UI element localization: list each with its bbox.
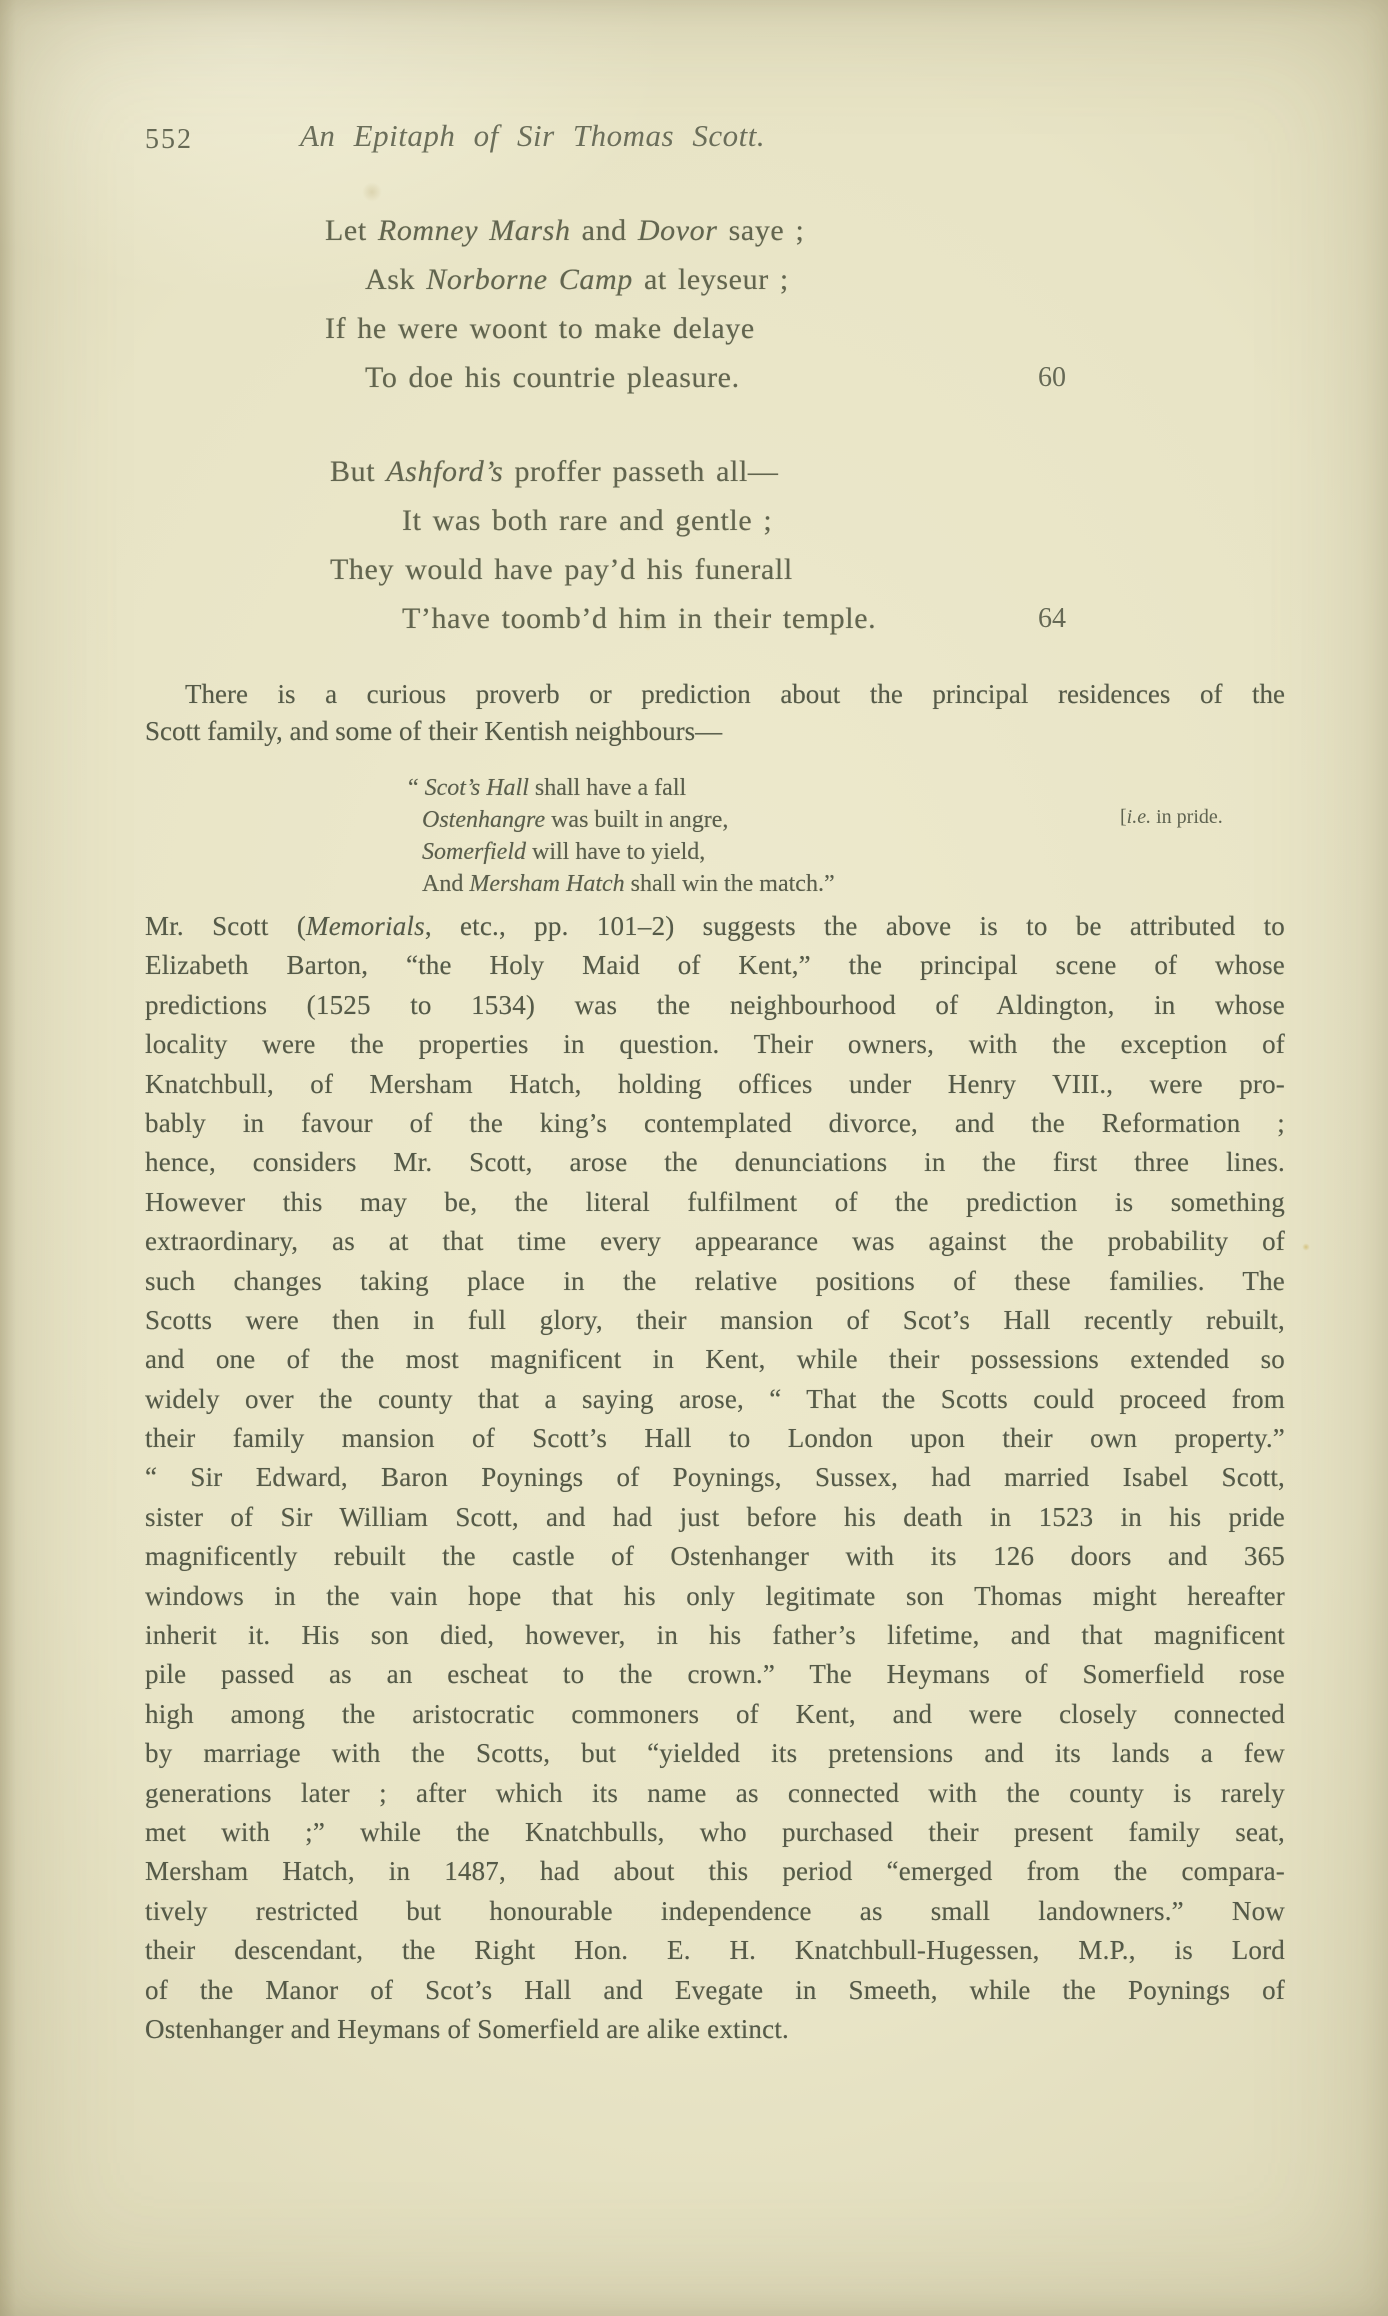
body-line: sister of Sir William Scott, and had jus… bbox=[145, 1498, 1285, 1537]
body-line: Mersham Hatch, in 1487, had about this p… bbox=[145, 1852, 1285, 1891]
body-line: Elizabeth Barton, “the Holy Maid of Kent… bbox=[145, 946, 1285, 985]
body-line: their family mansion of Scott’s Hall to … bbox=[145, 1419, 1285, 1458]
proverb-quote: “ Scot’s Hall shall have a fall Ostenhan… bbox=[408, 772, 1028, 900]
poem-stanza-2: But Ashford’s proffer passeth all— It wa… bbox=[330, 447, 1110, 643]
body-line: generations later ; after which its name… bbox=[145, 1774, 1285, 1813]
body-line: by marriage with the Scotts, but “yielde… bbox=[145, 1734, 1285, 1773]
proverb-line: And Mersham Hatch shall win the match.” bbox=[422, 868, 1028, 900]
body-line: widely over the county that a saying aro… bbox=[145, 1380, 1285, 1419]
body-line: windows in the vain hope that his only l… bbox=[145, 1577, 1285, 1616]
verse-line: To doe his countrie pleasure. bbox=[365, 353, 1105, 402]
proverb-line: “ Scot’s Hall shall have a fall bbox=[408, 772, 1028, 804]
verse-line-number: 60 bbox=[1038, 353, 1066, 402]
running-title: An Epitaph of Sir Thomas Scott. bbox=[300, 118, 765, 154]
body-line: inherit it. His son died, however, in hi… bbox=[145, 1616, 1285, 1655]
body-line: bably in favour of the king’s contemplat… bbox=[145, 1104, 1285, 1143]
body-line: Ostenhanger and Heymans of Somerfield ar… bbox=[145, 2010, 1285, 2049]
body-line: pile passed as an escheat to the crown.”… bbox=[145, 1655, 1285, 1694]
verse-line: Let Romney Marsh and Dovor saye ; bbox=[325, 206, 1105, 255]
book-page: 552 An Epitaph of Sir Thomas Scott. Let … bbox=[0, 0, 1388, 2316]
verse-line: But Ashford’s proffer passeth all— bbox=[330, 447, 1110, 496]
body-line: However this may be, the literal fulfilm… bbox=[145, 1183, 1285, 1222]
body-line: met with ;” while the Knatchbulls, who p… bbox=[145, 1813, 1285, 1852]
verse-line: T’have toomb’d him in their temple. bbox=[402, 594, 1110, 643]
proverb-line: Somerfield will have to yield, bbox=[422, 836, 1028, 868]
body-line: and one of the most magnificent in Kent,… bbox=[145, 1340, 1285, 1379]
marginal-gloss: [i.e. in pride. bbox=[1120, 806, 1223, 829]
proverb-line: Ostenhangre was built in angre, bbox=[422, 804, 1028, 836]
body-line: “ Sir Edward, Baron Poynings of Poynings… bbox=[145, 1458, 1285, 1497]
body-line: such changes taking place in the relativ… bbox=[145, 1262, 1285, 1301]
body-line: magnificently rebuilt the castle of Oste… bbox=[145, 1537, 1285, 1576]
body-line: Scotts were then in full glory, their ma… bbox=[145, 1301, 1285, 1340]
body-line: locality were the properties in question… bbox=[145, 1025, 1285, 1064]
verse-line: If he were woont to make delaye bbox=[325, 304, 1105, 353]
verse-line: They would have pay’d his funerall bbox=[330, 545, 1110, 594]
body-line: Knatchbull, of Mersham Hatch, holding of… bbox=[145, 1065, 1285, 1104]
intro-paragraph: There is a curious proverb or prediction… bbox=[145, 676, 1285, 750]
main-paragraph: Mr. Scott (Memorials, etc., pp. 101–2) s… bbox=[145, 907, 1285, 2049]
body-line: their descendant, the Right Hon. E. H. K… bbox=[145, 1931, 1285, 1970]
verse-line: Ask Norborne Camp at leyseur ; bbox=[365, 255, 1105, 304]
body-line: of the Manor of Scot’s Hall and Evegate … bbox=[145, 1971, 1285, 2010]
poem-stanza-1: Let Romney Marsh and Dovor saye ; Ask No… bbox=[325, 206, 1105, 402]
verse-line: It was both rare and gentle ; bbox=[402, 496, 1110, 545]
intro-line: Scott family, and some of their Kentish … bbox=[145, 713, 1285, 750]
body-line: hence, considers Mr. Scott, arose the de… bbox=[145, 1143, 1285, 1182]
intro-line: There is a curious proverb or prediction… bbox=[145, 676, 1285, 713]
verse-line-number: 64 bbox=[1038, 594, 1066, 643]
body-line: Mr. Scott (Memorials, etc., pp. 101–2) s… bbox=[145, 907, 1285, 946]
body-line: extraordinary, as at that time every app… bbox=[145, 1222, 1285, 1261]
page-number: 552 bbox=[145, 124, 193, 156]
body-line: tively restricted but honourable indepen… bbox=[145, 1892, 1285, 1931]
body-line: high among the aristocratic commoners of… bbox=[145, 1695, 1285, 1734]
body-line: predictions (1525 to 1534) was the neigh… bbox=[145, 986, 1285, 1025]
